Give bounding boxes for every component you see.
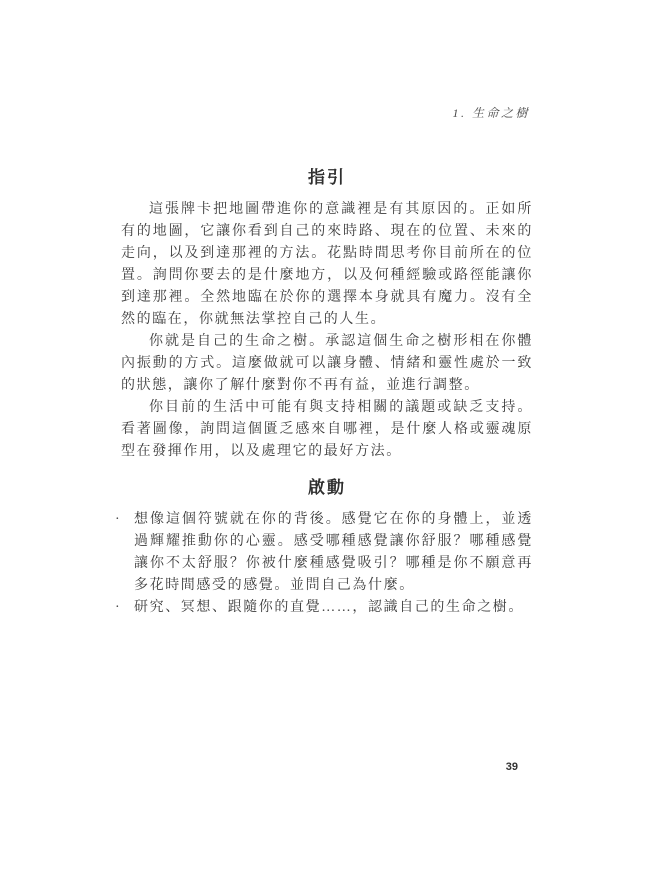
- bullet-marker: ·: [115, 509, 120, 531]
- document-page: 1. 生命之樹 指引 這張牌卡把地圖帶進你的意識裡是有其原因的。正如所有的地圖，…: [0, 0, 654, 888]
- guidance-paragraph-2: 你就是自己的生命之樹。承認這個生命之樹形相在你體內振動的方式。這麼做就可以讓身體…: [121, 331, 533, 397]
- bullet-text: 研究、冥想、跟隨你的直覺……，認識自己的生命之樹。: [134, 600, 524, 615]
- guidance-paragraph-3: 你目前的生活中可能有與支持相關的議題或缺乏支持。看著圖像，詢問這個匱乏感來自哪裡…: [121, 397, 533, 463]
- page-content: 指引 這張牌卡把地圖帶進你的意識裡是有其原因的。正如所有的地圖，它讓你看到自己的…: [121, 166, 533, 619]
- section-heading-guidance: 指引: [121, 166, 533, 190]
- section-heading-activation: 啟動: [121, 476, 533, 500]
- activation-list: · 想像這個符號就在你的背後。感覺它在你的身體上，並透過輝耀推動你的心靈。感受哪…: [121, 509, 533, 619]
- bullet-item: · 研究、冥想、跟隨你的直覺……，認識自己的生命之樹。: [121, 597, 533, 619]
- guidance-paragraph-1: 這張牌卡把地圖帶進你的意識裡是有其原因的。正如所有的地圖，它讓你看到自己的來時路…: [121, 199, 533, 331]
- page-number: 39: [506, 761, 518, 773]
- bullet-text: 想像這個符號就在你的背後。感覺它在你的身體上，並透過輝耀推動你的心靈。感受哪種感…: [134, 512, 533, 593]
- running-header: 1. 生命之樹: [452, 104, 530, 121]
- bullet-item: · 想像這個符號就在你的背後。感覺它在你的身體上，並透過輝耀推動你的心靈。感受哪…: [121, 509, 533, 597]
- bullet-marker: ·: [115, 597, 120, 619]
